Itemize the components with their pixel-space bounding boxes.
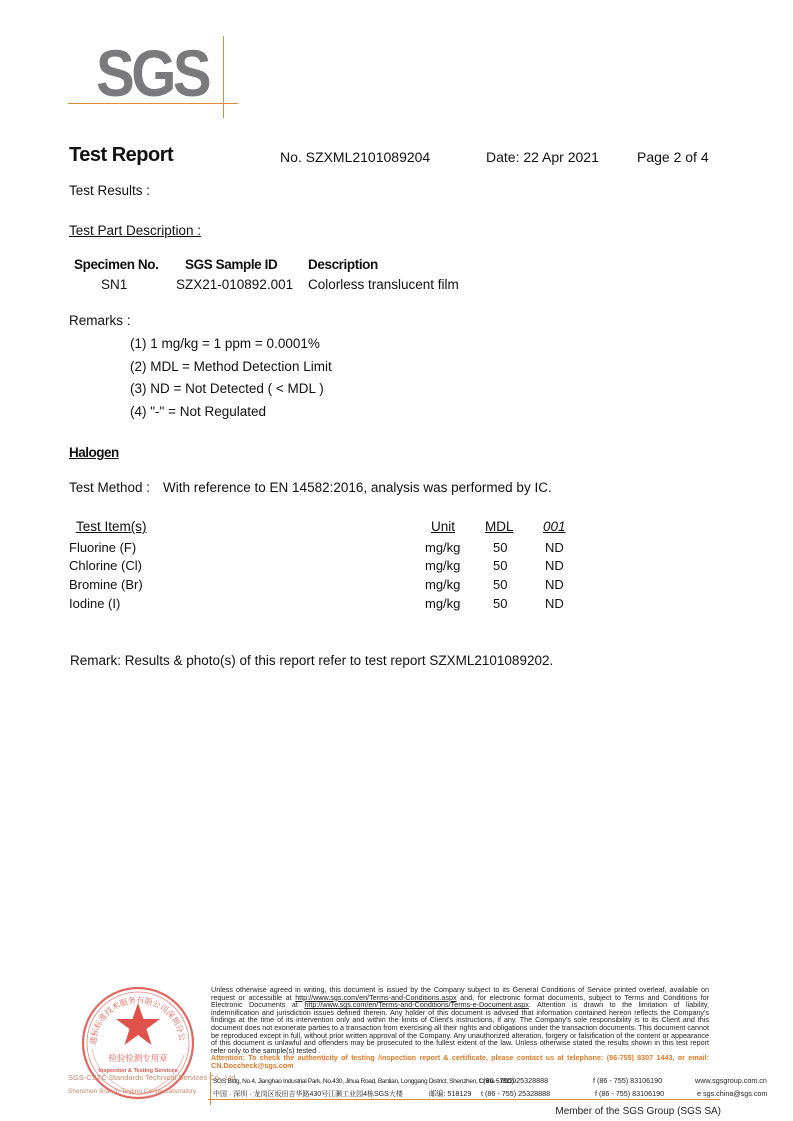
col-test-items: Test Item(s): [76, 519, 147, 534]
address-cn-text: 中国 · 深圳 · 龙岗区坂田吉华路430号江灏工业园4栋SGS大楼: [213, 1089, 427, 1099]
test-results-label: Test Results :: [69, 183, 150, 198]
test-item-unit: mg/kg: [425, 558, 460, 573]
official-stamp: 通标标准技术服务有限公司深圳分公司 检验检测专用章 Inspection & T…: [78, 985, 198, 1105]
test-method-label: Test Method :: [69, 480, 150, 495]
remark-item: (4) "-" = Not Regulated: [130, 404, 266, 419]
test-item-mdl: 50: [493, 577, 507, 592]
col-mdl: MDL: [485, 519, 514, 534]
report-date: Date: 22 Apr 2021: [486, 149, 599, 165]
address-english: SGS Bldg, No.4, Jianghao Industrial Park…: [213, 1076, 767, 1085]
sample-id-value: SZX21-010892.001: [176, 277, 293, 292]
test-item-result: ND: [545, 596, 564, 611]
svg-text:检验检测专用章: 检验检测专用章: [108, 1053, 168, 1064]
authenticity-attention: Attention: To check the authenticity of …: [211, 1054, 709, 1069]
test-item-unit: mg/kg: [425, 577, 460, 592]
final-remark: Remark: Results & photo(s) of this repor…: [70, 653, 553, 668]
test-item-name: Chlorine (Cl): [69, 558, 142, 573]
test-item-mdl: 50: [493, 540, 507, 555]
halogen-heading: Halogen: [69, 445, 119, 460]
remark-item: (1) 1 mg/kg = 1 ppm = 0.0001%: [130, 336, 320, 351]
remark-item: (2) MDL = Method Detection Limit: [130, 359, 332, 374]
page-title: Test Report: [69, 144, 173, 167]
stamp-seal-icon: 通标标准技术服务有限公司深圳分公司 检验检测专用章 Inspection & T…: [78, 985, 198, 1105]
test-method-text: With reference to EN 14582:2016, analysi…: [163, 480, 552, 495]
report-number: No. SZXML2101089204: [280, 149, 430, 165]
page-number: Page 2 of 4: [637, 149, 709, 165]
col-sample-001: 001: [543, 519, 566, 534]
test-item-mdl: 50: [493, 558, 507, 573]
sgs-logo-text: SGS: [96, 40, 208, 106]
website-link[interactable]: www.sgsgroup.com.cn: [695, 1076, 767, 1085]
test-item-unit: mg/kg: [425, 540, 460, 555]
disclaimer-text: . Attention is drawn to the limitation o…: [211, 1000, 709, 1055]
logo-vertical-rule: [223, 36, 224, 118]
footer-vertical-rule: [210, 1072, 211, 1105]
address-cn-phone: t (86 - 755) 25328888: [481, 1089, 593, 1098]
test-item-unit: mg/kg: [425, 596, 460, 611]
footer-rule: [208, 1099, 720, 1100]
test-item-mdl: 50: [493, 596, 507, 611]
sgs-group-membership: Member of the SGS Group (SGS SA): [555, 1106, 721, 1117]
remark-item: (3) ND = Not Detected ( < MDL ): [130, 381, 324, 396]
address-chinese: 中国 · 深圳 · 龙岗区坂田吉华路430号江灏工业园4栋SGS大楼 邮编: 5…: [213, 1089, 767, 1099]
test-item-name: Bromine (Br): [69, 577, 143, 592]
test-item-name: Iodine (I): [69, 596, 120, 611]
address-cn-postcode: 邮编: 518129: [429, 1089, 479, 1099]
email-link[interactable]: e sgs.china@sgs.com: [697, 1089, 767, 1098]
col-sample-id: SGS Sample ID: [185, 257, 277, 272]
test-item-result: ND: [545, 558, 564, 573]
stamp-branch-line: Shenzhen Branch Testing Center Laborator…: [68, 1088, 196, 1095]
specimen-no-value: SN1: [101, 277, 127, 292]
col-description: Description: [308, 257, 378, 272]
address-en-text: SGS Bldg, No.4, Jianghao Industrial Park…: [213, 1078, 477, 1085]
sgs-logo: SGS: [68, 36, 238, 118]
test-item-name: Fluorine (F): [69, 540, 136, 555]
test-item-result: ND: [545, 577, 564, 592]
remarks-label: Remarks :: [69, 313, 131, 328]
col-specimen-no: Specimen No.: [74, 257, 158, 272]
col-unit: Unit: [431, 519, 455, 534]
description-value: Colorless translucent film: [308, 277, 459, 292]
address-en-fax: f (86 - 755) 83106190: [593, 1076, 693, 1085]
part-description-heading: Test Part Description :: [69, 223, 201, 238]
address-cn-fax: f (86 - 755) 83106190: [595, 1089, 695, 1098]
test-item-result: ND: [545, 540, 564, 555]
address-en-phone: t (86 - 755) 25328888: [479, 1076, 591, 1085]
legal-disclaimer: Unless otherwise agreed in writing, this…: [211, 986, 709, 1070]
logo-horizontal-rule: [68, 103, 238, 104]
